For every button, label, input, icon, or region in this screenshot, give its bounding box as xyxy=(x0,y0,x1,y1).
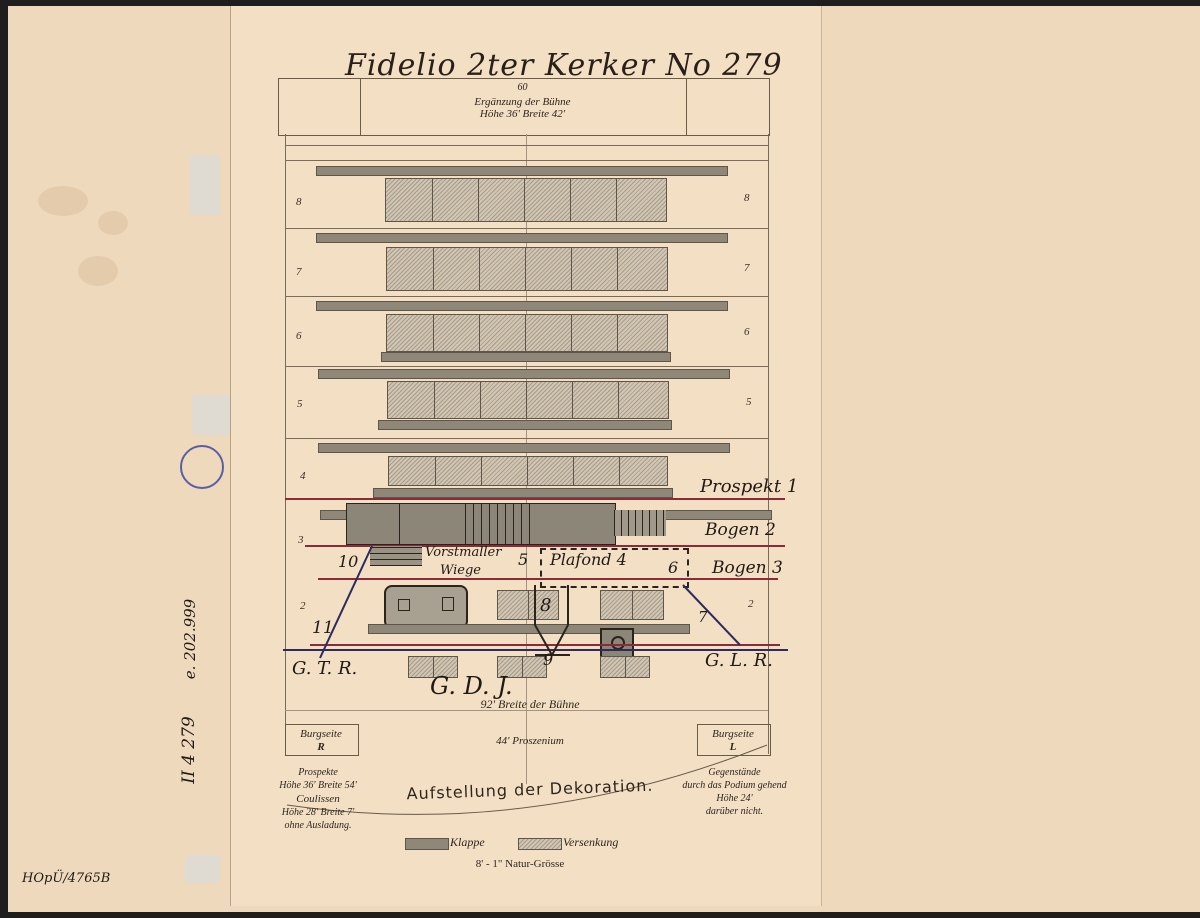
gtr-label: G. T. R. xyxy=(292,658,357,679)
scale-label: 8' - 1" Natur-Grösse xyxy=(440,858,600,870)
versenkung xyxy=(600,656,650,678)
burgseite-l-label: Burgseite xyxy=(697,728,769,740)
gdj-label: G. D. J. xyxy=(430,672,513,700)
burgseite-l-side: L xyxy=(697,741,769,753)
legend-klappe-swatch xyxy=(405,838,449,850)
left-notes: Prospekte Höhe 36' Breite 54' Coulissen … xyxy=(268,766,368,832)
burgseite-r-label: Burgseite xyxy=(285,728,357,740)
right-notes: Gegenstände durch das Podium gehend Höhe… xyxy=(672,766,797,818)
legend-versenkung-label: Versenkung xyxy=(563,835,618,850)
legend-klappe-label: Klappe xyxy=(450,835,485,850)
marker-9: 9 xyxy=(543,650,553,669)
burgseite-r-side: R xyxy=(285,741,357,753)
glr-label: G. L. R. xyxy=(705,650,773,671)
legend-versenkung-swatch xyxy=(518,838,562,850)
proscenium-label: 44' Proszenium xyxy=(420,735,640,747)
